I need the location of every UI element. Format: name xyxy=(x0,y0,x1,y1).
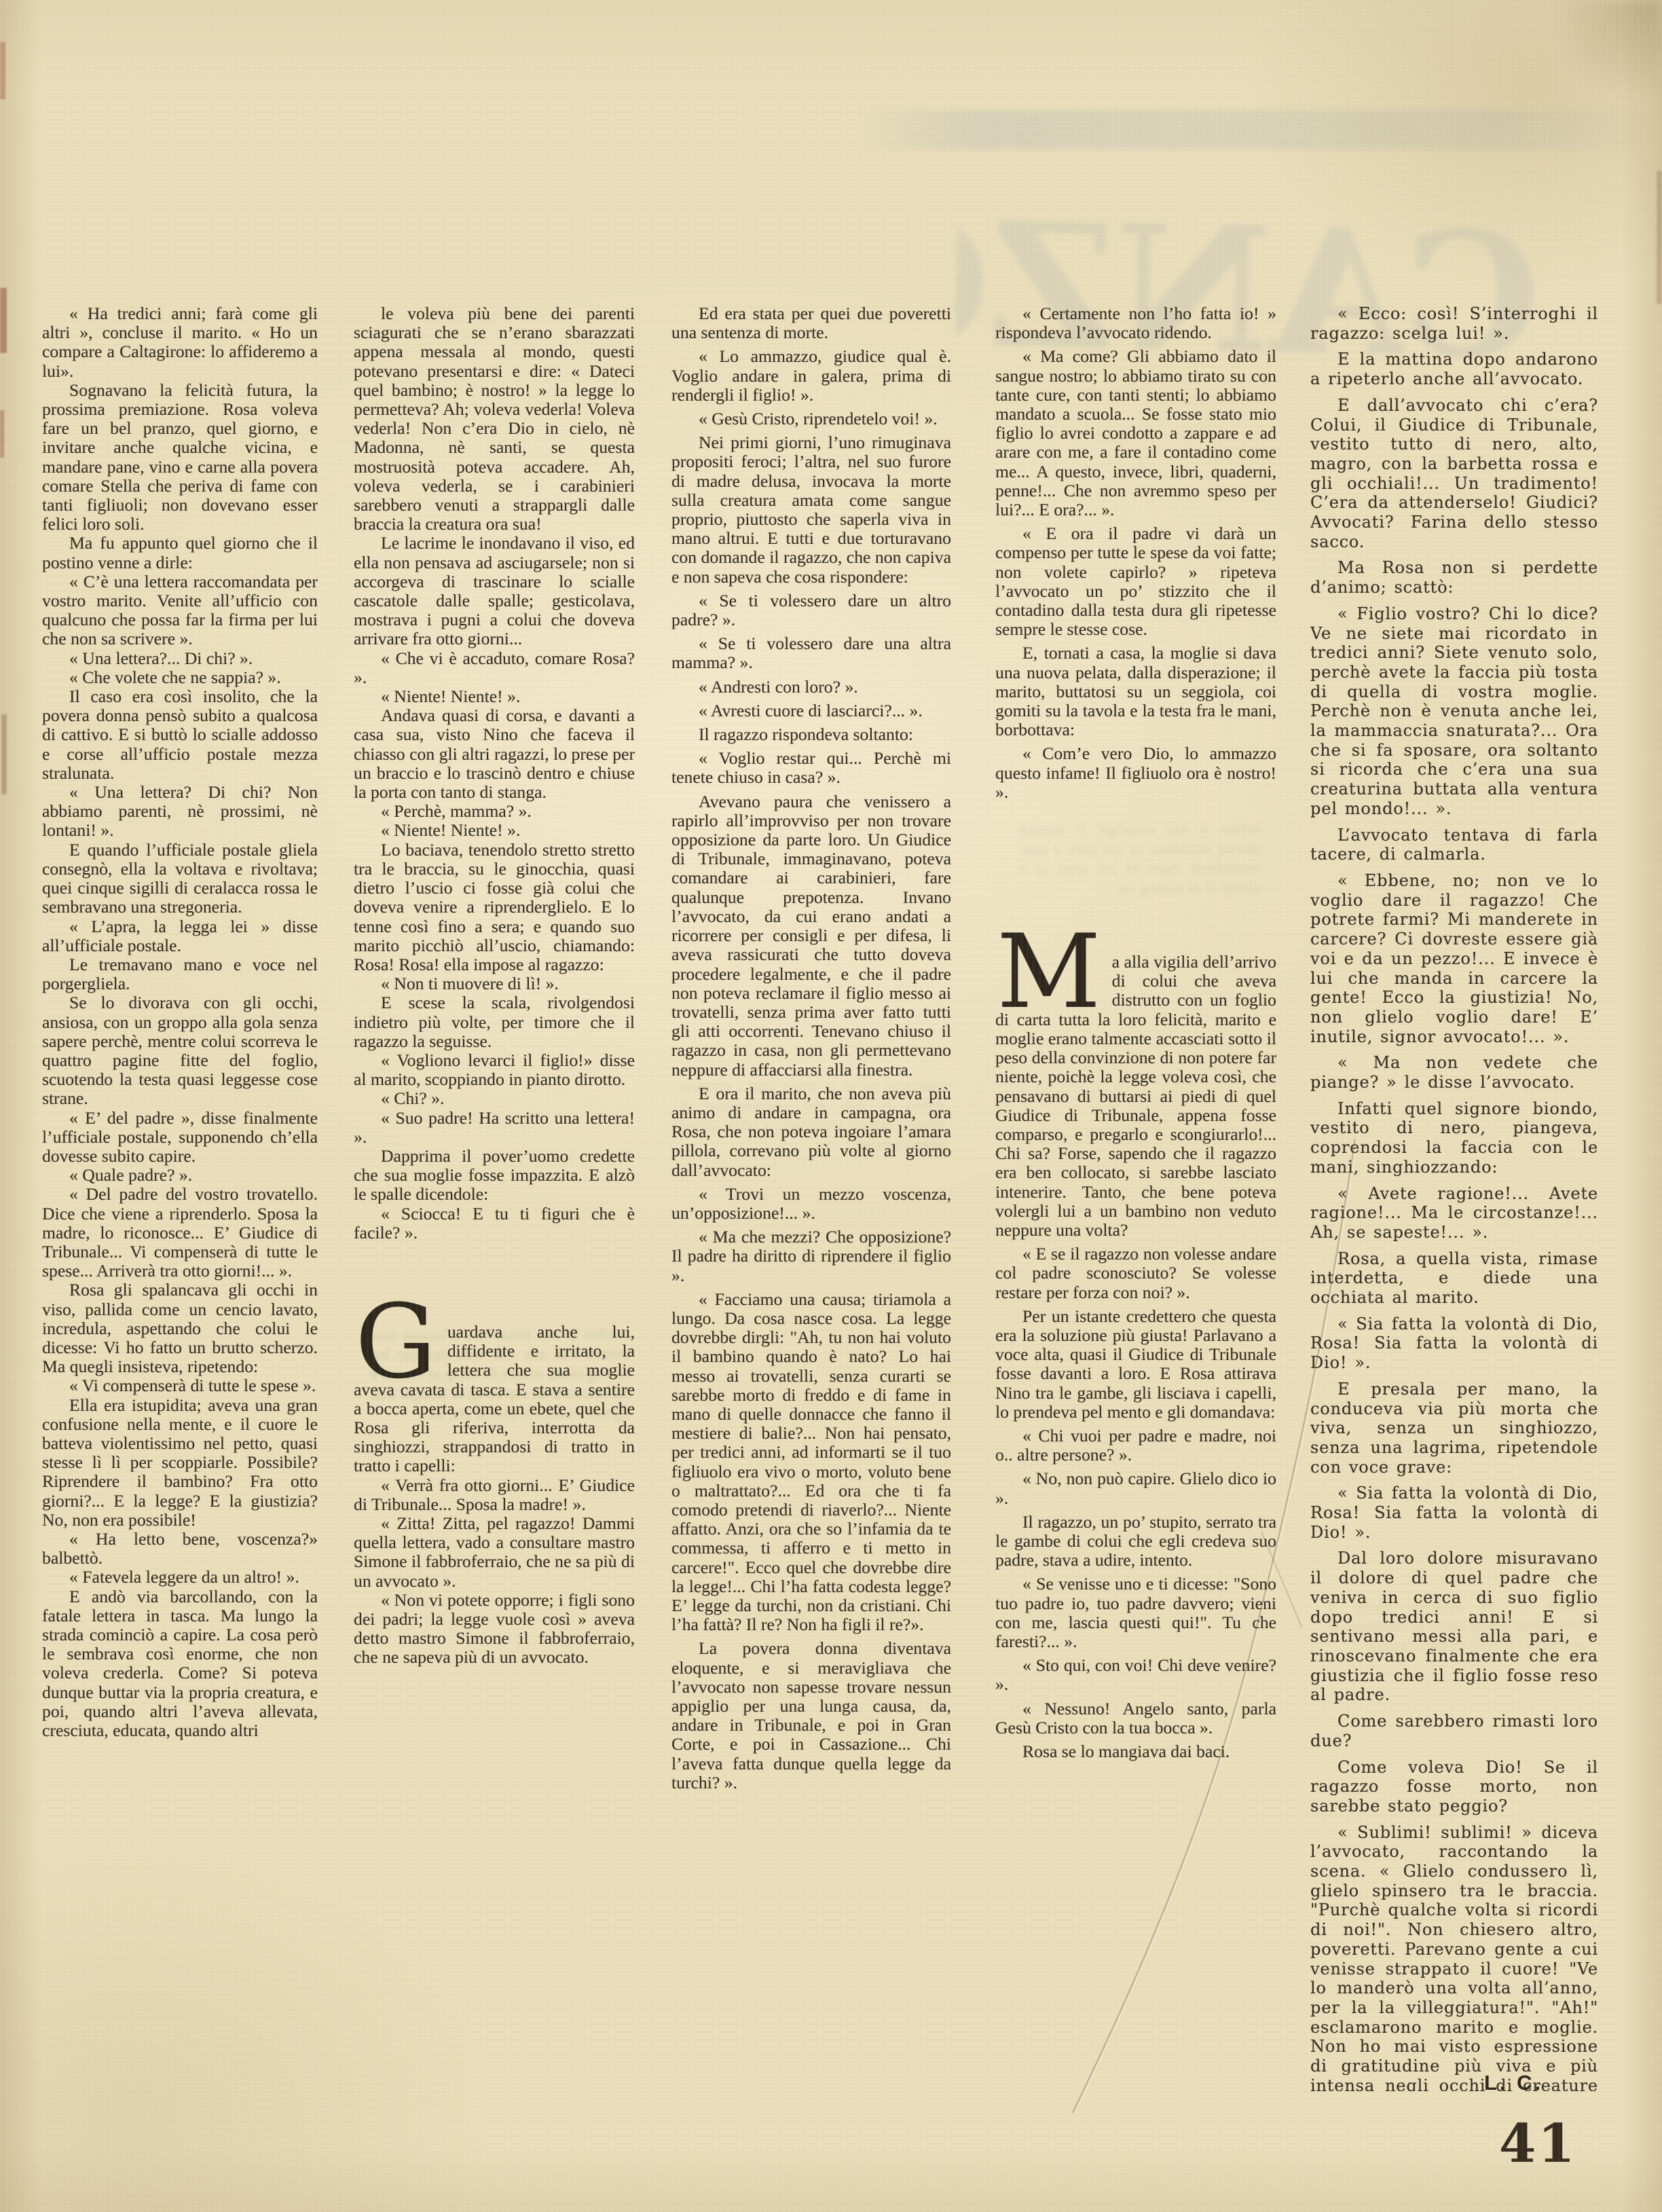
paragraph: « Ha tredici anni; farà come gli altri »… xyxy=(42,304,318,381)
paragraph: « Zitta! Zitta, pel ragazzo! Dammi quell… xyxy=(354,1514,635,1591)
paper-stain xyxy=(1549,0,1662,102)
paragraph: Infatti quel signore biondo, vestito di … xyxy=(1310,1099,1598,1177)
paragraph: Come voleva Dio! Se il ragazzo fosse mor… xyxy=(1310,1758,1598,1816)
paragraph: « Sia fatta la volontà di Dio, Rosa! Sia… xyxy=(1310,1314,1598,1373)
paragraph: Le lacrime le inondavano il viso, ed ell… xyxy=(354,534,635,648)
ink-edge-mark xyxy=(0,410,4,458)
paragraph: « Vogliono levarci il figlio!» disse al … xyxy=(354,1051,635,1089)
paragraph: « Perchè, mamma? ». xyxy=(354,802,635,821)
paragraph: Come sarebbero rimasti loro due? xyxy=(1310,1712,1598,1750)
paragraph: Ma fu appunto quel giorno che il postino… xyxy=(42,534,318,572)
paragraph: « Lo ammazzo, giudice qual è. Voglio and… xyxy=(671,347,951,405)
paragraph: L’avvocato tentava di farla tacere, di c… xyxy=(1310,826,1598,864)
paragraph: « Voglio restar qui... Perchè mi tenete … xyxy=(671,749,951,787)
paragraph: Il caso era così insolito, che la povera… xyxy=(42,687,318,783)
paragraph: « Sia fatta la volontà di Dio, Rosa! Sia… xyxy=(1310,1483,1598,1542)
paragraph: « Figlio vostro? Chi lo dice? Ve ne siet… xyxy=(1310,604,1598,819)
ink-edge-mark xyxy=(0,42,5,99)
dropcap-letter: M xyxy=(997,953,1101,992)
paragraph: E scese la scala, rivolgendosi indietro … xyxy=(354,993,635,1051)
paragraph: Guardava anche lui, diffidente e irritat… xyxy=(354,1323,635,1476)
paragraph: E quando l’ufficiale postale gliela cons… xyxy=(42,841,318,917)
column-4: « Certamente non l’ho fatta io! » rispon… xyxy=(995,304,1276,2091)
paragraph: « Gesù Cristo, riprendetelo voi! ». xyxy=(671,409,951,428)
paragraph: « Nessuno! Angelo santo, parla Gesù Cris… xyxy=(995,1699,1276,1737)
paragraph: « Non ti muovere di lì! ». xyxy=(354,974,635,993)
paragraph: Ma alla vigilia dell’arrivo di colui che… xyxy=(995,953,1276,1240)
paragraph: « Com’e vero Dio, lo ammazzo questo infa… xyxy=(995,744,1276,802)
magazine-page: CANZONI ouedns ip oun ezuas eun e iznauq… xyxy=(0,0,1662,2212)
paragraph: « Se venisse uno e ti dicesse: "Sono tuo… xyxy=(995,1574,1276,1651)
paragraph: Ma Rosa non si perdette d’animo; scattò: xyxy=(1310,558,1598,597)
paragraph: Lo baciava, tenendolo stretto stretto tr… xyxy=(354,841,635,974)
paragraph: « Una lettera?... Di chi? ». xyxy=(42,649,318,668)
column-2: le voleva più bene dei parenti sciagurat… xyxy=(354,304,635,2091)
paragraph: E presala per mano, la conduceva via più… xyxy=(1310,1380,1598,1477)
paragraph: « Quale padre? ». xyxy=(42,1166,318,1185)
paragraph: « E ora il padre vi darà un compenso per… xyxy=(995,524,1276,639)
paragraph: La povera donna diventava eloquente, e s… xyxy=(671,1639,951,1792)
paragraph: « L’apra, la legga lei » disse all’uffic… xyxy=(42,917,318,955)
paragraph: E dall’avvocato chi c’era? Colui, il Giu… xyxy=(1310,396,1598,552)
paragraph: « Niente! Niente! ». xyxy=(354,821,635,840)
paragraph: « Ma come? Gli abbiamo dato il sangue no… xyxy=(995,347,1276,519)
paragraph: « Non vi potete opporre; i figli sono de… xyxy=(354,1591,635,1667)
paragraph: « Ebbene, no; non ve lo voglio dare il r… xyxy=(1310,871,1598,1046)
paragraph: « Fatevela leggere da un altro! ». xyxy=(42,1568,318,1587)
paragraph: Avevano paura che venissero a rapirlo al… xyxy=(671,792,951,1080)
paragraph: « Sto qui, con voi! Chi deve venire? ». xyxy=(995,1656,1276,1694)
paragraph: « E’ del padre », disse finalmente l’uff… xyxy=(42,1109,318,1166)
paragraph: Il ragazzo rispondeva soltanto: xyxy=(671,725,951,744)
paragraph: Sognavano la felicità futura, la prossim… xyxy=(42,381,318,534)
ink-edge-mark xyxy=(1657,171,1662,304)
paragraph: Rosa, a quella vista, rimase interdetta,… xyxy=(1310,1249,1598,1308)
paragraph: « Verrà fra otto giorni... E’ Giudice di… xyxy=(354,1476,635,1514)
paragraph: « Ma non vedete che piange? » le disse l… xyxy=(1310,1053,1598,1092)
paragraph: « Ma che mezzi? Che opposizione? Il padr… xyxy=(671,1228,951,1285)
paragraph: « Avete ragione!... Avete ragione!... Ma… xyxy=(1310,1184,1598,1242)
column-1: « Ha tredici anni; farà come gli altri »… xyxy=(42,304,318,2091)
paragraph: « C’è una lettera raccomandata per vostr… xyxy=(42,572,318,649)
column-5: « Ecco: così! S’interroghi il ragazzo: s… xyxy=(1310,304,1598,2091)
paragraph: Se lo divorava con gli occhi, ansiosa, c… xyxy=(42,993,318,1108)
paragraph: « Sublimi! sublimi! » diceva l’avvocato,… xyxy=(1310,1823,1598,2091)
paragraph: Dapprima il pover’uomo credette che sua … xyxy=(354,1147,635,1204)
paragraph: Le tremavano mano e voce nel porgergliel… xyxy=(42,955,318,993)
paragraph: Rosa se lo mangiava dai baci. xyxy=(995,1742,1276,1761)
paragraph: Andava quasi di corsa, e davanti a casa … xyxy=(354,706,635,802)
paragraph: « Del padre del vostro trovatello. Dice … xyxy=(42,1185,318,1280)
paragraph: « Che volete che ne sappia? ». xyxy=(42,668,318,687)
paragraph: « Se ti volessero dare una altra mamma? … xyxy=(671,634,951,672)
ink-edge-mark xyxy=(0,288,7,353)
paragraph: « Niente! Niente! ». xyxy=(354,687,635,706)
dropcap-letter: G xyxy=(355,1323,437,1362)
paragraph: Ed era stata per quei due poveretti una … xyxy=(671,304,951,342)
page-number: 41 xyxy=(1499,2113,1577,2175)
paragraph: « Ha letto bene, voscenza?» balbettò. xyxy=(42,1530,318,1568)
paragraph: « Andresti con loro? ». xyxy=(671,678,951,697)
paragraph: Ella era istupidita; aveva una gran conf… xyxy=(42,1396,318,1530)
ink-edge-mark xyxy=(1,714,7,794)
paragraph: E la mattina dopo andarono a ripeterlo a… xyxy=(1310,350,1598,388)
paragraph: Per un istante credettero che questa era… xyxy=(995,1307,1276,1422)
bleed-through-smear xyxy=(857,110,1651,149)
paragraph: Nei primi giorni, l’uno rimuginava propo… xyxy=(671,433,951,587)
author-initials: L. C. xyxy=(1484,2071,1600,2095)
paragraph: « Sciocca! E tu ti figuri che è facile? … xyxy=(354,1204,635,1242)
paragraph: « Chi vuoi per padre e madre, noi o.. al… xyxy=(995,1426,1276,1464)
paragraph: E andò via barcollando, con la fatale le… xyxy=(42,1587,318,1741)
paragraph: « Facciamo una causa; tiriamola a lungo.… xyxy=(671,1290,951,1635)
paragraph: « Una lettera? Di chi? Non abbiamo paren… xyxy=(42,783,318,841)
paragraph: Dal loro dolore misuravano il dolore di … xyxy=(1310,1549,1598,1705)
paragraph: « Ecco: così! S’interroghi il ragazzo: s… xyxy=(1310,304,1598,343)
paragraph: le voleva più bene dei parenti sciagurat… xyxy=(354,304,635,534)
paragraph: E ora il marito, che non aveva più animo… xyxy=(671,1084,951,1180)
paragraph: « Avresti cuore di lasciarci?... ». xyxy=(671,701,951,720)
paragraph: « E se il ragazzo non volesse andare col… xyxy=(995,1245,1276,1302)
paragraph: E, tornati a casa, la moglie si dava una… xyxy=(995,644,1276,739)
paragraph: « Suo padre! Ha scritto una lettera! ». xyxy=(354,1109,635,1147)
column-3: Ed era stata per quei due poveretti una … xyxy=(671,304,951,2091)
paragraph: « Se ti volessero dare un altro padre? »… xyxy=(671,591,951,629)
paragraph: « Vi compenserà di tutte le spese ». xyxy=(42,1376,318,1395)
paragraph: Rosa gli spalancava gli occhi in viso, p… xyxy=(42,1280,318,1376)
paragraph: « Certamente non l’ho fatta io! » rispon… xyxy=(995,304,1276,342)
paragraph: Il ragazzo, un po’ stupito, serrato tra … xyxy=(995,1513,1276,1570)
paragraph: « No, non può capire. Glielo dico io ». xyxy=(995,1469,1276,1507)
paragraph: « Trovi un mezzo voscenza, un’opposizion… xyxy=(671,1185,951,1223)
paragraph: « Che vi è accaduto, comare Rosa? ». xyxy=(354,649,635,687)
paragraph: « Chi? ». xyxy=(354,1089,635,1108)
